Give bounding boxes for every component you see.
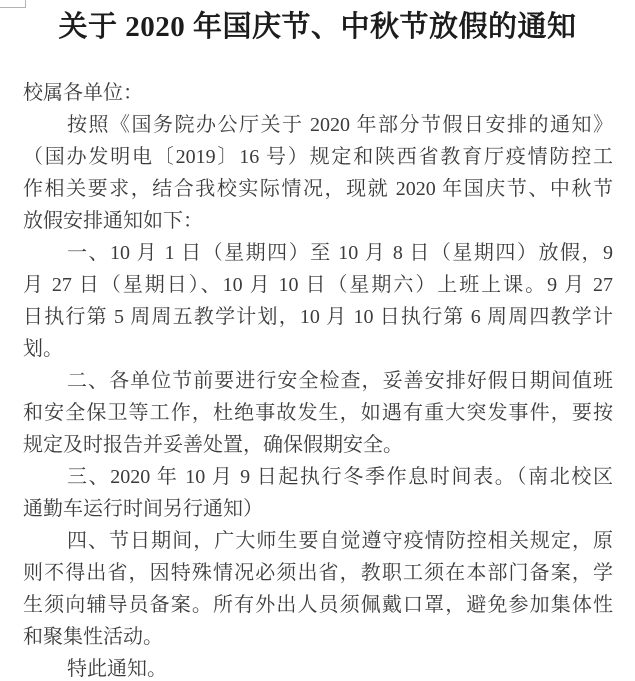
paragraph-item-1: 一、10 月 1 日（星期四）至 10 月 8 日（星期四）放假，9 月 27 … (23, 237, 613, 365)
paragraph-closing: 特此通知。 (23, 653, 613, 681)
text-line: 一、10 月 1 日（星期四）至 10 月 8 日（星期四）放假，9 (23, 237, 613, 269)
text-line: 生须向辅导员备案。所有外出人员须佩戴口罩，避免参加集体性 (23, 589, 613, 621)
notice-title: 关于 2020 年国庆节、中秋节放假的通知 (0, 8, 635, 46)
paragraph-item-4: 四、节日期间，广大师生要自觉遵守疫情防控相关规定，原 则不得出省，因特殊情况必须… (23, 525, 613, 653)
paragraph-item-2: 二、各单位节前要进行安全检查，妥善安排好假日期间值班 和安全保卫等工作，杜绝事故… (23, 365, 613, 461)
text-line: 规定及时报告并妥善处置，确保假期安全。 (23, 429, 613, 461)
text-line: 放假安排通知如下： (23, 205, 613, 237)
text-line: 月 27 日（星期日）、10 月 10 日（星期六）上班上课。9 月 27 (23, 269, 613, 301)
paragraph-intro: 按照《国务院办公厅关于 2020 年部分节假日安排的通知》 （国办发明电〔201… (23, 109, 613, 237)
text-line: 二、各单位节前要进行安全检查，妥善安排好假日期间值班 (23, 365, 613, 397)
text-line: 三、2020 年 10 月 9 日起执行冬季作息时间表。（南北校区 (23, 461, 613, 493)
text-line: 日执行第 5 周周五教学计划，10 月 10 日执行第 6 周周四教学计 (23, 301, 613, 333)
text-line: 作相关要求，结合我校实际情况，现就 2020 年国庆节、中秋节 (23, 173, 613, 205)
salutation: 校属各单位： (23, 77, 613, 109)
notice-body: 校属各单位： 按照《国务院办公厅关于 2020 年部分节假日安排的通知》 （国办… (23, 77, 613, 681)
document-page: 关于 2020 年国庆节、中秋节放假的通知 校属各单位： 按照《国务院办公厅关于… (0, 0, 635, 681)
paragraph-item-3: 三、2020 年 10 月 9 日起执行冬季作息时间表。（南北校区 通勤车运行时… (23, 461, 613, 525)
text-line: 通勤车运行时间另行通知） (23, 493, 613, 525)
text-line: 和安全保卫等工作，杜绝事故发生，如遇有重大突发事件，要按 (23, 397, 613, 429)
text-line: 四、节日期间，广大师生要自觉遵守疫情防控相关规定，原 (23, 525, 613, 557)
text-line: 和聚集性活动。 (23, 621, 613, 653)
text-line: 则不得出省，因特殊情况必须出省，教职工须在本部门备案，学 (23, 557, 613, 589)
text-line: （国办发明电〔2019〕16 号）规定和陕西省教育厅疫情防控工 (23, 141, 613, 173)
text-line: 划。 (23, 333, 613, 365)
text-line: 特此通知。 (23, 653, 613, 681)
text-line: 按照《国务院办公厅关于 2020 年部分节假日安排的通知》 (23, 109, 613, 141)
table-corner-mark (0, 0, 26, 8)
